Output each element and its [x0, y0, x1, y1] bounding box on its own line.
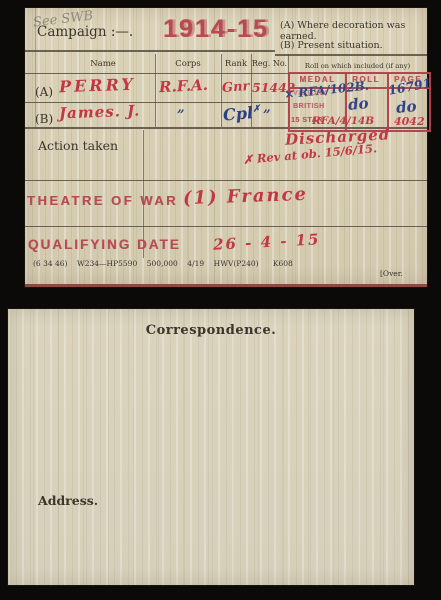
british-page-entry: do	[395, 97, 417, 117]
qualifying-date-stamp: QUALIFYING DATE	[28, 237, 181, 252]
correspondence-label: Correspondence.	[8, 323, 414, 338]
scan-background: See SWB Campaign :—. 1914-15 (A) Where d…	[0, 0, 441, 600]
row-a-corps: R.F.A.	[159, 76, 209, 97]
row-b-label: (B)	[35, 112, 53, 126]
medal-roll-stamp-box: MEDAL ROLL PAGE VICTORY BRITISH 15 STAR …	[288, 72, 431, 132]
rule-qualifying-top	[25, 226, 427, 227]
medal-index-card-back: Correspondence. Address.	[8, 309, 414, 585]
rule-theatre-top	[25, 180, 427, 181]
row-b-rank: Cpl✗	[222, 102, 261, 124]
theatre-of-war-value: (1) France	[183, 184, 309, 209]
medal-index-card-front: See SWB Campaign :—. 1914-15 (A) Where d…	[25, 8, 427, 287]
action-taken-label: Action taken	[38, 138, 118, 153]
header-name: Name	[55, 59, 151, 69]
row-b-rank-value: Cpl	[222, 103, 254, 125]
note-a-where-earned: (A) Where decoration was earned.	[280, 20, 427, 42]
header-rank: Rank	[222, 59, 250, 69]
row-a-name: PERRY	[59, 75, 136, 97]
qualifying-date-value: 26 - 4 - 15	[213, 230, 321, 254]
row-b-reg-no-ditto: ”	[263, 108, 270, 123]
star-page-entry: 4042	[394, 115, 425, 128]
address-label: Address.	[38, 493, 98, 508]
british-roll-entry: do	[347, 94, 369, 114]
row-a-rank: Gnr	[222, 79, 250, 96]
rule-under-campaign	[25, 50, 275, 52]
header-reg-no: Reg. No.	[251, 59, 288, 68]
row-b-name: James. J.	[59, 102, 141, 123]
over-note: [Over.	[380, 269, 403, 278]
roll-row-british-label: BRITISH	[293, 103, 325, 110]
campaign-stamp-1914-15: 1914-15	[163, 15, 269, 44]
row-b-corps-ditto: ”	[177, 108, 184, 123]
col-line-name-corps	[155, 54, 156, 127]
note-b-present-situation: (B) Present situation.	[280, 40, 383, 51]
theatre-of-war-stamp: THEATRE OF WAR	[27, 193, 178, 208]
campaign-label: Campaign :—.	[37, 24, 133, 40]
rule-under-note-b	[275, 54, 427, 56]
margin-line	[35, 8, 36, 128]
row-a-label: (A)	[35, 85, 53, 99]
print-code: (6 34 46) W234—HP5590 500,000 4/19 HWV(P…	[33, 259, 293, 268]
star-roll-entry: RFA/4/14B	[312, 115, 374, 127]
row-b-rank-mark: ✗	[252, 104, 260, 115]
header-roll-included: Roll on which included (if any)	[288, 62, 427, 70]
header-corps: Corps	[157, 59, 219, 69]
